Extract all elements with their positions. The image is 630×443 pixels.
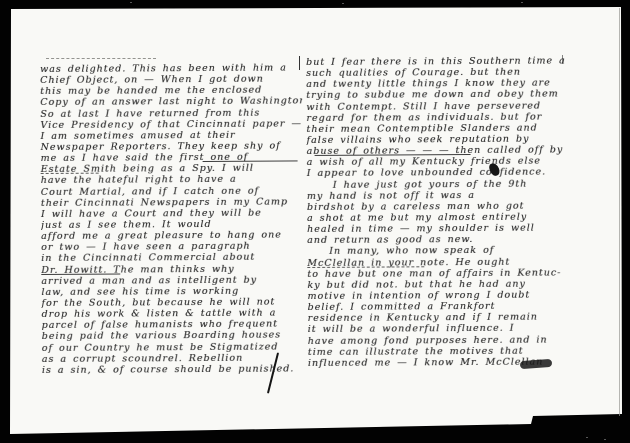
pencil-dash-mark (46, 58, 156, 59)
page-right-column: but I fear there is in this Southern tim… (306, 55, 568, 369)
paper-edge-shadow (619, 8, 620, 416)
scan-noise (130, 2, 132, 3)
handwritten-text: In many, who now speak of (329, 245, 494, 257)
handwritten-text: and return as good as new. (307, 234, 473, 246)
handwritten-line: is a sin, & of course should be punished… (42, 363, 304, 376)
handwritten-text: just as I see them. It would (41, 219, 212, 231)
handwritten-text: is a sin, & of course should be punished… (42, 363, 294, 376)
handwritten-text: influenced me — I know Mr. McClellan (308, 356, 543, 368)
handwritten-text: my hand is not off it was a (307, 190, 475, 202)
scan-background: was delighted. This has been with him aC… (0, 0, 630, 443)
scan-noise (586, 437, 588, 438)
page-left-column: was delighted. This has been with him aC… (40, 62, 304, 376)
scan-noise (342, 3, 344, 4)
ink-blot (520, 359, 552, 369)
scan-noise (604, 439, 606, 440)
paper-sheet: was delighted. This has been with him aC… (0, 0, 630, 443)
scan-noise (521, 2, 523, 3)
